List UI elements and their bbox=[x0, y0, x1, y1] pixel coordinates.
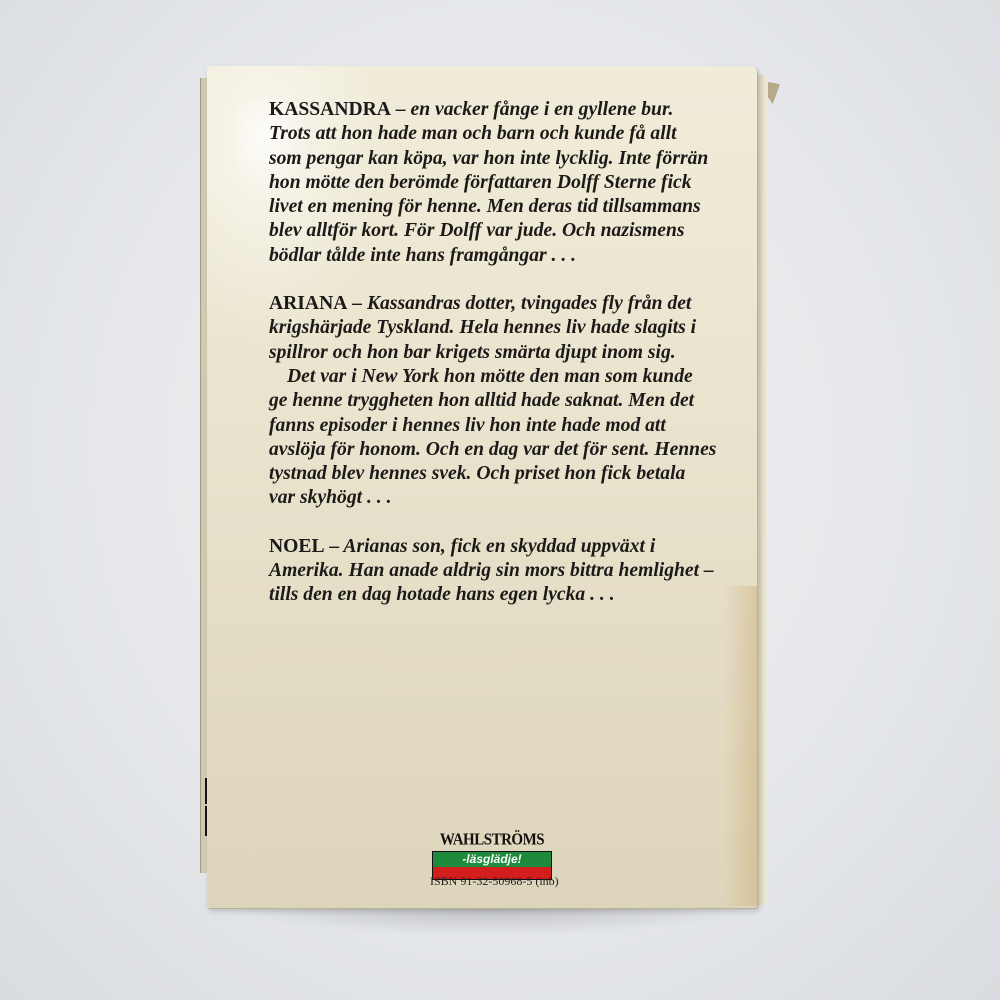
character-name: ARIANA bbox=[269, 293, 347, 314]
publisher-name: WAHLSTRÖMS bbox=[432, 831, 552, 851]
blurb-kassandra: KASSANDRA – en vacker fånge i en gyllene… bbox=[269, 98, 769, 268]
isbn: ISBN 91-32-50968-5 (inb) bbox=[430, 874, 570, 889]
character-name: KASSANDRA bbox=[269, 99, 391, 120]
publisher-tagline: -läsglädje! bbox=[432, 851, 552, 867]
back-cover-blurb: KASSANDRA – en vacker fånge i en gyllene… bbox=[269, 98, 769, 632]
blurb-noel: NOEL – Arianas son, fick en skyddad uppv… bbox=[269, 535, 769, 608]
blurb-ariana: ARIANA – Kassandras dotter, tvingades fl… bbox=[269, 292, 769, 511]
character-name: NOEL bbox=[269, 536, 325, 557]
torn-jacket-corner bbox=[768, 82, 780, 104]
publisher-logo: WAHLSTRÖMS -läsglädje! bbox=[432, 832, 552, 880]
